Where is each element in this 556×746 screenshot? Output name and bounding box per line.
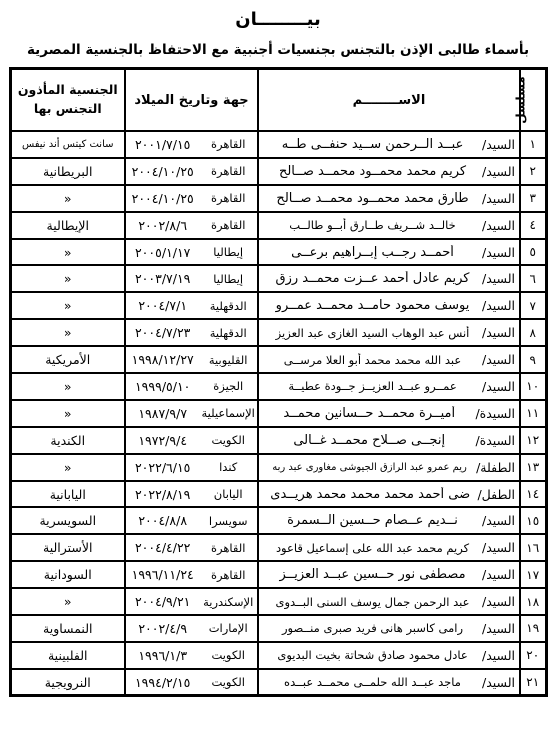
name-cell: السيد/ كريم عادل أحمد عــزت محمــد رزق (258, 265, 520, 292)
honorific-label: السيدة/ (475, 406, 515, 421)
person-name: أنس عبد الوهاب السيد الغازى عبد العزيز (263, 326, 482, 340)
honorific-label: الطفلة/ (476, 460, 515, 475)
birth-date: ١٩٧٢/٩/٤ (126, 433, 199, 448)
person-name: ماجد عبــد الله حلمــى محمــد عبــده (263, 675, 482, 689)
name-cell: السيد/ طارق محمد محمــود محمــد صــالح (258, 185, 520, 212)
person-name: كريم محمد عبد الله على إسماعيل قاعود (263, 541, 482, 555)
table-row: ٩ السيد/ عبد الله محمد محمد أبو العلا مر… (10, 346, 546, 373)
serial-number: ٦ (530, 272, 536, 286)
table-row: ٥ السيد/ أحمــد رجــب إبــراهيم برعــى إ… (10, 239, 546, 266)
serial-number: ١١ (526, 406, 539, 420)
birth-place: الدقهلية (199, 326, 257, 340)
nationality-cell: « (10, 185, 125, 212)
birth-place: القاهرة (199, 164, 257, 178)
birth-cell: القاهرة ٢٠٠٤/١٠/٢٥ (125, 158, 258, 185)
header-birth: جهة وتاريخ الميلاد (125, 69, 258, 132)
header-name: الاســــــــم (258, 69, 520, 132)
birth-date: ٢٠٠٤/١٠/٢٥ (126, 191, 199, 206)
person-name: عبد الرحمن جمال يوسف السنى البــدوى (263, 595, 482, 609)
name-cell: السيدة/ إنجــى صــلاح محمــد غــالى (258, 427, 520, 454)
birth-place: الإمارات (199, 621, 257, 635)
table-row: ١٠ السيد/ عمــرو عبــد العزيــز جــودة ع… (10, 373, 546, 400)
nationality-cell: البريطانية (10, 158, 125, 185)
birth-cell: الكويت ١٩٧٢/٩/٤ (125, 427, 258, 454)
name-cell: السيد/ عبــد الــرحمن ســيد حنفــى طــه (258, 131, 520, 158)
name-cell: السيد/ رامى كاسبر هانى فريد صبرى منــصور (258, 615, 520, 642)
birth-date: ٢٠٠٢/٨/٦ (126, 218, 199, 233)
birth-date: ٢٠٠١/٧/١٥ (126, 137, 199, 152)
table-row: ٢ السيد/ كريم محمد محمــود محمــد صــالح… (10, 158, 546, 185)
birth-place: سويسرا (199, 514, 257, 528)
nationality-cell: اليابانية (10, 481, 125, 508)
serial-cell: ٥ (520, 239, 546, 266)
table-row: ٣ السيد/ طارق محمد محمــود محمــد صــالح… (10, 185, 546, 212)
nationality-cell: الإيطالية (10, 212, 125, 239)
serial-number: ١٢ (526, 433, 539, 447)
birth-place: القاهرة (199, 568, 257, 582)
birth-cell: القاهرة ١٩٩٦/١١/٢٤ (125, 561, 258, 588)
person-name: خالــد شــريف طــارق أبــو طالــب (263, 218, 482, 232)
serial-cell: ١١ (520, 400, 546, 427)
nationality-cell: النرويجية (10, 669, 125, 696)
name-cell: الطفلة/ ريم عمرو عبد الرازق الجيوشى مغاو… (258, 454, 520, 481)
serial-cell: ١٧ (520, 561, 546, 588)
table-row: ١٥ السيد/ نــديم عــصام حــسين الــسمرة … (10, 507, 546, 534)
serial-number: ١٣ (526, 460, 539, 474)
serial-cell: ٩ (520, 346, 546, 373)
serial-cell: ٨ (520, 319, 546, 346)
serial-cell: ١٩ (520, 615, 546, 642)
nationality-cell: النمساوية (10, 615, 125, 642)
honorific-label: السيد/ (482, 540, 515, 555)
nationality-cell: « (10, 292, 125, 319)
table-row: ١٤ الطفل/ ضى أحمد محمد محمد محمد هريــدى… (10, 481, 546, 508)
serial-cell: ١٢ (520, 427, 546, 454)
serial-cell: ١ (520, 131, 546, 158)
person-name: عمــرو عبــد العزيــز جــودة عطيــة (263, 379, 482, 393)
birth-date: ١٩٩٦/١١/٢٤ (126, 567, 199, 582)
birth-cell: اليابان ٢٠٢٢/٨/١٩ (125, 481, 258, 508)
birth-cell: الإسكندرية ٢٠٠٤/٩/٢١ (125, 588, 258, 615)
birth-place: القاهرة (199, 137, 257, 151)
name-cell: السيد/ كريم محمد محمــود محمــد صــالح (258, 158, 520, 185)
serial-number: ٨ (530, 326, 536, 340)
nationality-cell: « (10, 454, 125, 481)
birth-date: ٢٠٠٤/٩/٢١ (126, 594, 199, 609)
nationality-cell: « (10, 239, 125, 266)
serial-cell: ١٦ (520, 534, 546, 561)
person-name: أحمــد رجــب إبــراهيم برعــى (263, 245, 482, 260)
person-name: ريم عمرو عبد الرازق الجيوشى مغاورى عبد ر… (263, 462, 476, 473)
serial-number: ٢١ (526, 675, 539, 689)
serial-cell: ١٠ (520, 373, 546, 400)
name-cell: الطفل/ ضى أحمد محمد محمد محمد هريــدى (258, 481, 520, 508)
serial-cell: ١٣ (520, 454, 546, 481)
birth-cell: القاهرة ٢٠٠٤/١٠/٢٥ (125, 185, 258, 212)
person-name: ضى أحمد محمد محمد محمد هريــدى (263, 487, 477, 502)
serial-number: ١ (530, 137, 536, 151)
birth-place: الكويت (199, 648, 257, 662)
serial-number: ١٦ (526, 541, 539, 555)
serial-number: ١٧ (526, 568, 539, 582)
birth-place: إيطاليا (199, 272, 257, 286)
serial-cell: ١٤ (520, 481, 546, 508)
honorific-label: السيد/ (482, 352, 515, 367)
birth-cell: القليوبية ١٩٩٨/١٢/٢٧ (125, 346, 258, 373)
name-cell: السيد/ عبد الله محمد محمد أبو العلا مرسـ… (258, 346, 520, 373)
birth-date: ٢٠٠٤/١٠/٢٥ (126, 164, 199, 179)
honorific-label: السيد/ (482, 298, 515, 313)
serial-number: ١٨ (526, 595, 539, 609)
name-cell: السيد/ نــديم عــصام حــسين الــسمرة (258, 507, 520, 534)
birth-date: ٢٠٠٤/٨/٨ (126, 513, 199, 528)
birth-cell: الإمارات ٢٠٠٢/٤/٩ (125, 615, 258, 642)
birth-cell: الإسماعيلية ١٩٨٧/٩/٧ (125, 400, 258, 427)
serial-cell: ١٥ (520, 507, 546, 534)
birth-date: ٢٠٢٢/٦/١٥ (126, 460, 199, 475)
naturalization-table: مسلسل الاســــــــم جهة وتاريخ الميلاد ا… (9, 67, 548, 697)
honorific-label: السيد/ (482, 567, 515, 582)
honorific-label: السيد/ (482, 137, 515, 152)
serial-cell: ٤ (520, 212, 546, 239)
birth-date: ١٩٩٤/٢/١٥ (126, 675, 199, 690)
honorific-label: السيدة/ (475, 433, 515, 448)
nationality-cell: « (10, 400, 125, 427)
birth-place: الكويت (199, 675, 257, 689)
person-name: مصطفى نور حــسين عبــد العزيــز (263, 567, 482, 582)
nationality-cell: سانت كيتس أند نيفس (10, 131, 125, 158)
nationality-cell: « (10, 319, 125, 346)
honorific-label: السيد/ (482, 271, 515, 286)
serial-number: ١٩ (526, 621, 539, 635)
honorific-label: السيد/ (482, 379, 515, 394)
name-cell: السيد/ أحمــد رجــب إبــراهيم برعــى (258, 239, 520, 266)
honorific-label: السيد/ (482, 621, 515, 636)
name-cell: السيد/ يوسف محمود حامــد محمــد عمــرو (258, 292, 520, 319)
name-cell: السيد/ أنس عبد الوهاب السيد الغازى عبد ا… (258, 319, 520, 346)
table-row: ١٣ الطفلة/ ريم عمرو عبد الرازق الجيوشى م… (10, 454, 546, 481)
birth-date: ٢٠٠٣/٧/١٩ (126, 271, 199, 286)
name-cell: السيد/ عمــرو عبــد العزيــز جــودة عطيـ… (258, 373, 520, 400)
birth-date: ٢٠٠٤/٤/٢٢ (126, 540, 199, 555)
table-row: ١٢ السيدة/ إنجــى صــلاح محمــد غــالى ا… (10, 427, 546, 454)
birth-cell: القاهرة ٢٠٠٢/٨/٦ (125, 212, 258, 239)
birth-cell: كندا ٢٠٢٢/٦/١٥ (125, 454, 258, 481)
serial-number: ٣ (530, 191, 536, 205)
person-name: كريم عادل أحمد عــزت محمــد رزق (263, 271, 482, 286)
table-row: ٨ السيد/ أنس عبد الوهاب السيد الغازى عبد… (10, 319, 546, 346)
header-serial-label: مسلسل (514, 76, 528, 123)
nationality-cell: السويسرية (10, 507, 125, 534)
document-title: بيــــــــان (0, 0, 556, 30)
name-cell: السيد/ خالــد شــريف طــارق أبــو طالــب (258, 212, 520, 239)
table-row: ٧ السيد/ يوسف محمود حامــد محمــد عمــرو… (10, 292, 546, 319)
serial-number: ٢٠ (526, 648, 539, 662)
document-subtitle: بأسماء طالبى الإذن بالتجنس بجنسيات أجنبي… (0, 42, 556, 58)
birth-cell: إيطاليا ٢٠٠٣/٧/١٩ (125, 265, 258, 292)
person-name: عادل محمود صادق شحاتة بخيت البديوى (263, 648, 482, 662)
honorific-label: السيد/ (482, 191, 515, 206)
person-name: يوسف محمود حامــد محمــد عمــرو (263, 298, 482, 313)
birth-date: ١٩٩٩/٥/١٠ (126, 379, 199, 394)
serial-cell: ٢١ (520, 669, 546, 696)
birth-cell: سويسرا ٢٠٠٤/٨/٨ (125, 507, 258, 534)
person-name: عبــد الــرحمن ســيد حنفــى طــه (263, 137, 482, 152)
person-name: عبد الله محمد محمد أبو العلا مرســى (263, 353, 482, 367)
name-cell: السيد/ عادل محمود صادق شحاتة بخيت البديو… (258, 642, 520, 669)
person-name: أميــرة محمــد حــسانين محمــد (263, 406, 475, 421)
serial-number: ٢ (530, 164, 536, 178)
nationality-cell: الكندية (10, 427, 125, 454)
table-body: ١ السيد/ عبــد الــرحمن ســيد حنفــى طــ… (10, 131, 546, 696)
birth-place: اليابان (199, 487, 257, 501)
birth-date: ٢٠٢٢/٨/١٩ (126, 487, 199, 502)
birth-cell: القاهرة ٢٠٠٤/٤/٢٢ (125, 534, 258, 561)
table-row: ١٨ السيد/ عبد الرحمن جمال يوسف السنى الب… (10, 588, 546, 615)
birth-place: الكويت (199, 433, 257, 447)
birth-date: ١٩٩٨/١٢/٢٧ (126, 352, 199, 367)
person-name: إنجــى صــلاح محمــد غــالى (263, 433, 475, 448)
nationality-cell: « (10, 588, 125, 615)
name-cell: السيد/ مصطفى نور حــسين عبــد العزيــز (258, 561, 520, 588)
table-row: ٦ السيد/ كريم عادل أحمد عــزت محمــد رزق… (10, 265, 546, 292)
birth-place: كندا (199, 460, 257, 474)
serial-number: ٤ (530, 218, 536, 232)
birth-date: ١٩٨٧/٩/٧ (126, 406, 199, 421)
header-row: مسلسل الاســــــــم جهة وتاريخ الميلاد ا… (10, 69, 546, 132)
serial-cell: ٢٠ (520, 642, 546, 669)
birth-date: ٢٠٠٤/٧/١ (126, 298, 199, 313)
person-name: نــديم عــصام حــسين الــسمرة (263, 513, 482, 528)
honorific-label: السيد/ (482, 218, 515, 233)
honorific-label: السيد/ (482, 245, 515, 260)
honorific-label: السيد/ (482, 513, 515, 528)
birth-date: ١٩٩٦/١/٣ (126, 648, 199, 663)
nationality-cell: الفلبينية (10, 642, 125, 669)
person-name: كريم محمد محمــود محمــد صــالح (263, 164, 482, 179)
serial-cell: ١٨ (520, 588, 546, 615)
birth-cell: إيطاليا ٢٠٠٥/١/١٧ (125, 239, 258, 266)
honorific-label: السيد/ (482, 164, 515, 179)
serial-cell: ٢ (520, 158, 546, 185)
name-cell: السيد/ عبد الرحمن جمال يوسف السنى البــد… (258, 588, 520, 615)
birth-date: ٢٠٠٥/١/١٧ (126, 245, 199, 260)
nationality-cell: الأسترالية (10, 534, 125, 561)
person-name: رامى كاسبر هانى فريد صبرى منــصور (263, 621, 482, 635)
honorific-label: السيد/ (482, 675, 515, 690)
birth-place: الإسكندرية (199, 595, 257, 609)
nationality-cell: « (10, 265, 125, 292)
birth-cell: الجيزة ١٩٩٩/٥/١٠ (125, 373, 258, 400)
serial-number: ١٠ (526, 379, 539, 393)
birth-date: ٢٠٠٢/٤/٩ (126, 621, 199, 636)
table-row: ١٦ السيد/ كريم محمد عبد الله على إسماعيل… (10, 534, 546, 561)
honorific-label: السيد/ (482, 648, 515, 663)
birth-cell: الكويت ١٩٩٤/٢/١٥ (125, 669, 258, 696)
birth-cell: الدقهلية ٢٠٠٤/٧/٢٣ (125, 319, 258, 346)
header-nationality: الجنسية المأذون التجنس بها (10, 69, 125, 132)
name-cell: السيد/ كريم محمد عبد الله على إسماعيل قا… (258, 534, 520, 561)
table-row: ١٩ السيد/ رامى كاسبر هانى فريد صبرى منــ… (10, 615, 546, 642)
honorific-label: السيد/ (482, 594, 515, 609)
table-row: ١٧ السيد/ مصطفى نور حــسين عبــد العزيــ… (10, 561, 546, 588)
person-name: طارق محمد محمــود محمــد صــالح (263, 191, 482, 206)
table-row: ١ السيد/ عبــد الــرحمن ســيد حنفــى طــ… (10, 131, 546, 158)
birth-place: الدقهلية (199, 299, 257, 313)
serial-number: ٩ (530, 353, 536, 367)
header-serial: مسلسل (520, 69, 546, 132)
table-row: ٢١ السيد/ ماجد عبــد الله حلمــى محمــد … (10, 669, 546, 696)
table-row: ٢٠ السيد/ عادل محمود صادق شحاتة بخيت الب… (10, 642, 546, 669)
honorific-label: الطفل/ (477, 487, 515, 502)
birth-cell: القاهرة ٢٠٠١/٧/١٥ (125, 131, 258, 158)
birth-place: إيطاليا (199, 245, 257, 259)
nationality-cell: السودانية (10, 561, 125, 588)
birth-place: القاهرة (199, 218, 257, 232)
birth-place: القاهرة (199, 191, 257, 205)
serial-cell: ٦ (520, 265, 546, 292)
honorific-label: السيد/ (482, 325, 515, 340)
name-cell: السيد/ ماجد عبــد الله حلمــى محمــد عبـ… (258, 669, 520, 696)
serial-number: ١٤ (526, 487, 539, 501)
birth-place: الجيزة (199, 379, 257, 393)
birth-date: ٢٠٠٤/٧/٢٣ (126, 325, 199, 340)
birth-place: القاهرة (199, 541, 257, 555)
birth-cell: الدقهلية ٢٠٠٤/٧/١ (125, 292, 258, 319)
serial-cell: ٧ (520, 292, 546, 319)
birth-place: الإسماعيلية (199, 406, 257, 420)
serial-number: ١٥ (526, 514, 539, 528)
serial-number: ٥ (530, 245, 536, 259)
name-cell: السيدة/ أميــرة محمــد حــسانين محمــد (258, 400, 520, 427)
serial-cell: ٣ (520, 185, 546, 212)
serial-number: ٧ (530, 299, 536, 313)
document-page: بيــــــــان بأسماء طالبى الإذن بالتجنس … (0, 0, 556, 746)
table-row: ٤ السيد/ خالــد شــريف طــارق أبــو طالـ… (10, 212, 546, 239)
nationality-cell: « (10, 373, 125, 400)
nationality-cell: الأمريكية (10, 346, 125, 373)
table-row: ١١ السيدة/ أميــرة محمــد حــسانين محمــ… (10, 400, 546, 427)
birth-place: القليوبية (199, 353, 257, 367)
birth-cell: الكويت ١٩٩٦/١/٣ (125, 642, 258, 669)
